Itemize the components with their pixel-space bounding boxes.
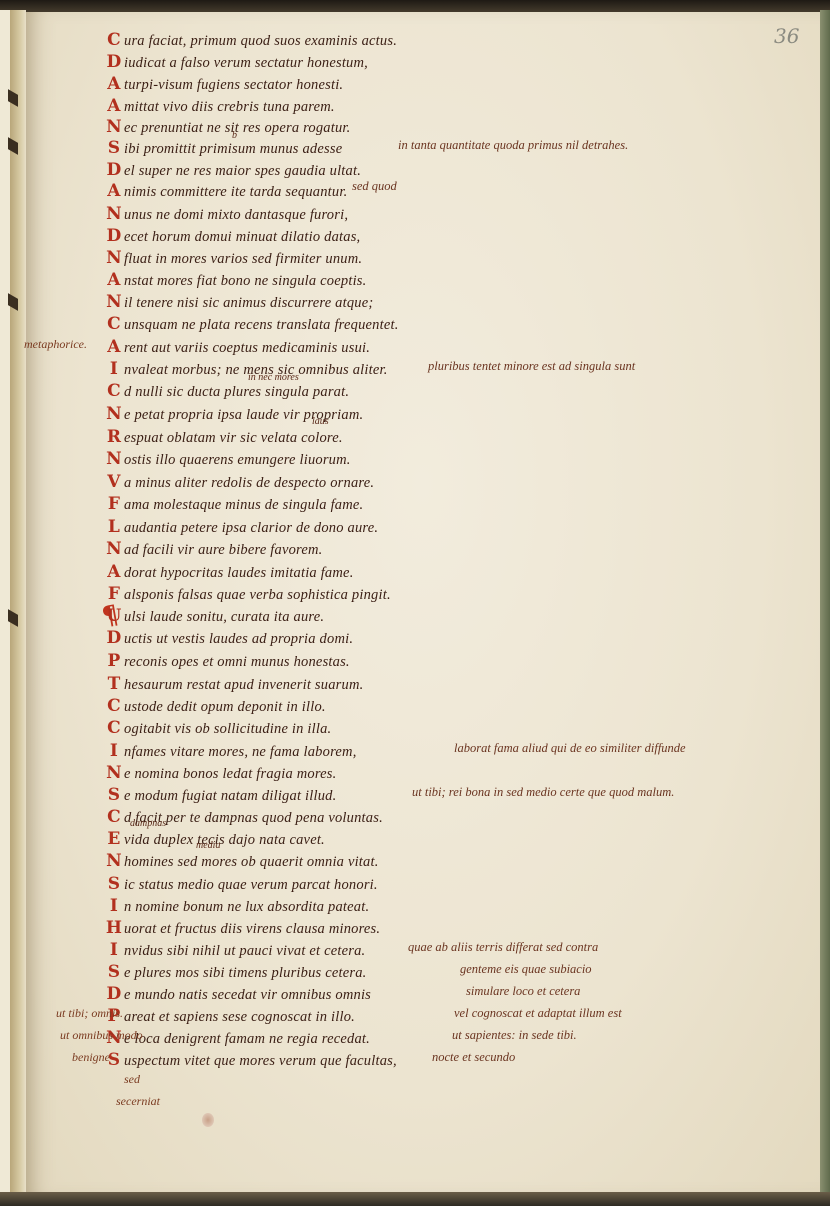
verse-text: uorat et fructus diis virens clausa mino… <box>124 921 380 937</box>
red-initial: C <box>104 30 124 50</box>
verse-line: Va minus aliter redolis de despecto orna… <box>104 472 374 492</box>
red-initial: S <box>104 785 124 805</box>
red-initial: C <box>104 718 124 738</box>
red-initial: U <box>104 606 124 626</box>
red-initial: E <box>104 829 124 849</box>
red-initial: V <box>104 472 124 492</box>
marginal-gloss: genteme eis quae subiacio <box>460 962 592 977</box>
interlinear-gloss: media <box>196 840 220 851</box>
verse-text: ulsi laude sonitu, curata ita aure. <box>124 609 324 625</box>
red-initial: A <box>104 562 124 582</box>
verse-text: uspectum vitet que mores verum que facul… <box>124 1053 397 1069</box>
red-initial: D <box>104 984 124 1004</box>
interlinear-gloss: b <box>232 130 237 141</box>
red-initial: N <box>104 449 124 469</box>
verse-text: il tenere nisi sic animus discurrere atq… <box>124 295 373 311</box>
verse-line: Animis committere ite tarda sequantur. <box>104 181 347 201</box>
verse-line: Huorat et fructus diis virens clausa min… <box>104 918 380 938</box>
verse-text: nvidus sibi nihil ut pauci vivat et cete… <box>124 943 365 959</box>
red-initial: I <box>104 359 124 379</box>
marginal-gloss: vel cognoscat et adaptat illum est <box>454 1006 622 1021</box>
verse-line: Sibi promittit primisum munus adesse <box>104 138 342 158</box>
red-initial: S <box>104 874 124 894</box>
verse-line: Cd nulli sic ducta plures singula parat. <box>104 381 349 401</box>
red-initial: R <box>104 427 124 447</box>
marginal-gloss: ut sapientes: in sede tibi. <box>452 1028 577 1043</box>
facing-leaf-edge <box>0 10 10 1200</box>
verse-line: In nomine bonum ne lux absordita pateat. <box>104 896 369 916</box>
red-initial: D <box>104 160 124 180</box>
verse-line: Fama molestaque minus de singula fame. <box>104 494 363 514</box>
verse-line: Pareat et sapiens sese cognoscat in illo… <box>104 1006 355 1026</box>
verse-line: Preconis opes et omni munus honestas. <box>104 651 350 671</box>
verse-text: ama molestaque minus de singula fame. <box>124 497 363 513</box>
left-margin-note: ut tibi; omnis. <box>56 1006 123 1021</box>
verse-text: e nomina bonos ledat fragia mores. <box>124 766 336 782</box>
red-initial: L <box>104 517 124 537</box>
left-margin-note: sed <box>124 1072 140 1087</box>
verse-line: De mundo natis secedat vir omnibus omnis <box>104 984 371 1004</box>
verse-line: Nunus ne domi mixto dantasque furori, <box>104 204 348 224</box>
verse-text: ecet horum domui minuat dilatio datas, <box>124 229 360 245</box>
right-page-edge <box>820 10 830 1200</box>
verse-text: nimis committere ite tarda sequantur. <box>124 184 347 200</box>
red-initial: A <box>104 270 124 290</box>
verse-line: Se plures mos sibi timens pluribus ceter… <box>104 962 366 982</box>
interlinear-gloss: dampnas <box>130 818 166 829</box>
verse-text: ustode dedit opum deponit in illo. <box>124 699 326 715</box>
verse-text: ura faciat, primum quod suos examinis ac… <box>124 33 397 49</box>
left-margin-note: benigne <box>72 1050 110 1065</box>
verse-text: vida duplex tecis dajo nata cavet. <box>124 832 325 848</box>
verse-text: espuat oblatam vir sic velata colore. <box>124 430 343 446</box>
verse-line: Se modum fugiat natam diligat illud. <box>104 785 336 805</box>
verse-line: Invaleat morbus; ne mens sic omnibus ali… <box>104 359 388 379</box>
verse-text: a minus aliter redolis de despecto ornar… <box>124 475 374 491</box>
verse-line: Nec prenuntiat ne sit res opera rogatur. <box>104 117 351 137</box>
verse-line: Custode dedit opum deponit in illo. <box>104 696 326 716</box>
verse-text: turpi-visum fugiens sectator honesti. <box>124 77 343 93</box>
verse-line: Nad facili vir aure bibere favorem. <box>104 539 322 559</box>
interlinear-gloss: laus <box>312 416 329 427</box>
verse-line: Infames vitare mores, ne fama laborem, <box>104 741 357 761</box>
red-initial: D <box>104 628 124 648</box>
marginal-gloss: simulare loco et cetera <box>466 984 580 999</box>
marginal-gloss: laborat fama aliud qui de eo similiter d… <box>454 741 686 756</box>
folio-number: 36 <box>774 24 799 48</box>
red-initial: C <box>104 381 124 401</box>
verse-text: ibi promittit primisum munus adesse <box>124 141 342 157</box>
verse-line: Arent aut variis coeptus medicaminis usu… <box>104 337 370 357</box>
verse-line: Diudicat a falso verum sectatur honestum… <box>104 52 368 72</box>
verse-text: d nulli sic ducta plures singula parat. <box>124 384 349 400</box>
red-initial: I <box>104 741 124 761</box>
red-initial: N <box>104 248 124 268</box>
verse-text: iudicat a falso verum sectatur honestum, <box>124 55 368 71</box>
verse-line: Thesaurum restat apud invenerit suarum. <box>104 674 363 694</box>
verse-line: Nhomines sed mores ob quaerit omnia vita… <box>104 851 379 871</box>
verse-text: unus ne domi mixto dantasque furori, <box>124 207 348 223</box>
verse-text: n nomine bonum ne lux absordita pateat. <box>124 899 369 915</box>
red-initial: F <box>104 494 124 514</box>
gutter <box>10 10 26 1196</box>
verse-line: Sic status medio quae verum parcat honor… <box>104 874 378 894</box>
red-initial: N <box>104 292 124 312</box>
verse-line: Adorat hypocritas laudes imitatia fame. <box>104 562 354 582</box>
verse-text: dorat hypocritas laudes imitatia fame. <box>124 565 354 581</box>
verse-line: Ductis ut vestis laudes ad propria domi. <box>104 628 353 648</box>
verse-text: alsponis falsas quae verba sophistica pi… <box>124 587 391 603</box>
verse-line: Decet horum domui minuat dilatio datas, <box>104 226 360 246</box>
red-initial: F <box>104 584 124 604</box>
verse-line: Nil tenere nisi sic animus discurrere at… <box>104 292 373 312</box>
marginal-gloss: pluribus tentet minore est ad singula su… <box>428 359 635 374</box>
verse-line: Ne nomina bonos ledat fragia mores. <box>104 763 336 783</box>
red-initial: A <box>104 181 124 201</box>
binding-bottom-edge <box>0 1192 830 1206</box>
verse-text: ic status medio quae verum parcat honori… <box>124 877 378 893</box>
red-initial: D <box>104 52 124 72</box>
verse-text: e plures mos sibi timens pluribus cetera… <box>124 965 366 981</box>
verse-text: ad facili vir aure bibere favorem. <box>124 542 322 558</box>
left-margin-note: metaphorice. <box>24 337 87 352</box>
red-initial: N <box>104 117 124 137</box>
red-initial: A <box>104 96 124 116</box>
parchment-stain <box>202 1113 214 1127</box>
verse-text: e loca denigrent famam ne regia recedat. <box>124 1031 370 1047</box>
verse-line: Cura faciat, primum quod suos examinis a… <box>104 30 397 50</box>
verse-text: hesaurum restat apud invenerit suarum. <box>124 677 363 693</box>
verse-line: Cunsquam ne plata recens translata frequ… <box>104 314 399 334</box>
verse-text: reconis opes et omni munus honestas. <box>124 654 350 670</box>
verse-text: ogitabit vis ob sollicitudine in illa. <box>124 721 331 737</box>
red-initial: C <box>104 314 124 334</box>
marginal-gloss: nocte et secundo <box>432 1050 515 1065</box>
verse-text: fluat in mores varios sed firmiter unum. <box>124 251 362 267</box>
interlinear-gloss: in nec mores <box>248 372 299 383</box>
verse-line: Nfluat in mores varios sed firmiter unum… <box>104 248 362 268</box>
verse-text: audantia petere ipsa clarior de dono aur… <box>124 520 378 536</box>
red-initial: C <box>104 807 124 827</box>
verse-text: uctis ut vestis laudes ad propria domi. <box>124 631 353 647</box>
red-initial: N <box>104 763 124 783</box>
red-initial: T <box>104 674 124 694</box>
red-initial: D <box>104 226 124 246</box>
red-initial: N <box>104 539 124 559</box>
verse-text: homines sed mores ob quaerit omnia vitat… <box>124 854 379 870</box>
verse-line: Uulsi laude sonitu, curata ita aure. <box>104 606 324 626</box>
verse-text: ec prenuntiat ne sit res opera rogatur. <box>124 120 351 136</box>
red-initial: N <box>104 851 124 871</box>
verse-text: ostis illo quaerens emungere liuorum. <box>124 452 351 468</box>
verse-text: rent aut variis coeptus medicaminis usui… <box>124 340 370 356</box>
verse-text: nfames vitare mores, ne fama laborem, <box>124 744 357 760</box>
red-initial: I <box>104 896 124 916</box>
verse-line: Ne loca denigrent famam ne regia recedat… <box>104 1028 370 1048</box>
verse-line: Del super ne res maior spes gaudia ultat… <box>104 160 361 180</box>
red-initial: H <box>104 918 124 938</box>
verse-text: areat et sapiens sese cognoscat in illo. <box>124 1009 355 1025</box>
verse-text: mittat vivo diis crebris tuna parem. <box>124 99 335 115</box>
left-margin-note: secerniat <box>116 1094 160 1109</box>
red-initial: S <box>104 138 124 158</box>
verse-line: Aturpi-visum fugiens sectator honesti. <box>104 74 343 94</box>
verse-line: Anstat mores fiat bono ne singula coepti… <box>104 270 366 290</box>
verse-text: e mundo natis secedat vir omnibus omnis <box>124 987 371 1003</box>
verse-text: el super ne res maior spes gaudia ultat. <box>124 163 361 179</box>
red-initial: I <box>104 940 124 960</box>
red-initial: N <box>104 204 124 224</box>
verse-line: Suspectum vitet que mores verum que facu… <box>104 1050 397 1070</box>
verse-line: Nostis illo quaerens emungere liuorum. <box>104 449 351 469</box>
marginal-gloss: ut tibi; rei bona in sed medio certe que… <box>412 785 674 800</box>
red-initial: N <box>104 404 124 424</box>
red-initial: P <box>104 651 124 671</box>
red-initial: A <box>104 74 124 94</box>
verse-text: unsquam ne plata recens translata freque… <box>124 317 399 333</box>
marginal-gloss: quae ab aliis terris differat sed contra <box>408 940 598 955</box>
red-initial: S <box>104 962 124 982</box>
verse-text: nstat mores fiat bono ne singula coeptis… <box>124 273 366 289</box>
verse-line: Invidus sibi nihil ut pauci vivat et cet… <box>104 940 365 960</box>
verse-line: Falsponis falsas quae verba sophistica p… <box>104 584 391 604</box>
verse-line: Laudantia petere ipsa clarior de dono au… <box>104 517 378 537</box>
marginal-gloss: sed quod <box>352 179 397 194</box>
red-initial: C <box>104 696 124 716</box>
verse-line: Cogitabit vis ob sollicitudine in illa. <box>104 718 331 738</box>
verse-line: Amittat vivo diis crebris tuna parem. <box>104 96 335 116</box>
marginal-gloss: in tanta quantitate quoda primus nil det… <box>398 138 628 153</box>
left-margin-note: ut omnibus modo <box>60 1028 143 1043</box>
verse-text: e modum fugiat natam diligat illud. <box>124 788 336 804</box>
verse-line: Respuat oblatam vir sic velata colore. <box>104 427 343 447</box>
red-initial: A <box>104 337 124 357</box>
